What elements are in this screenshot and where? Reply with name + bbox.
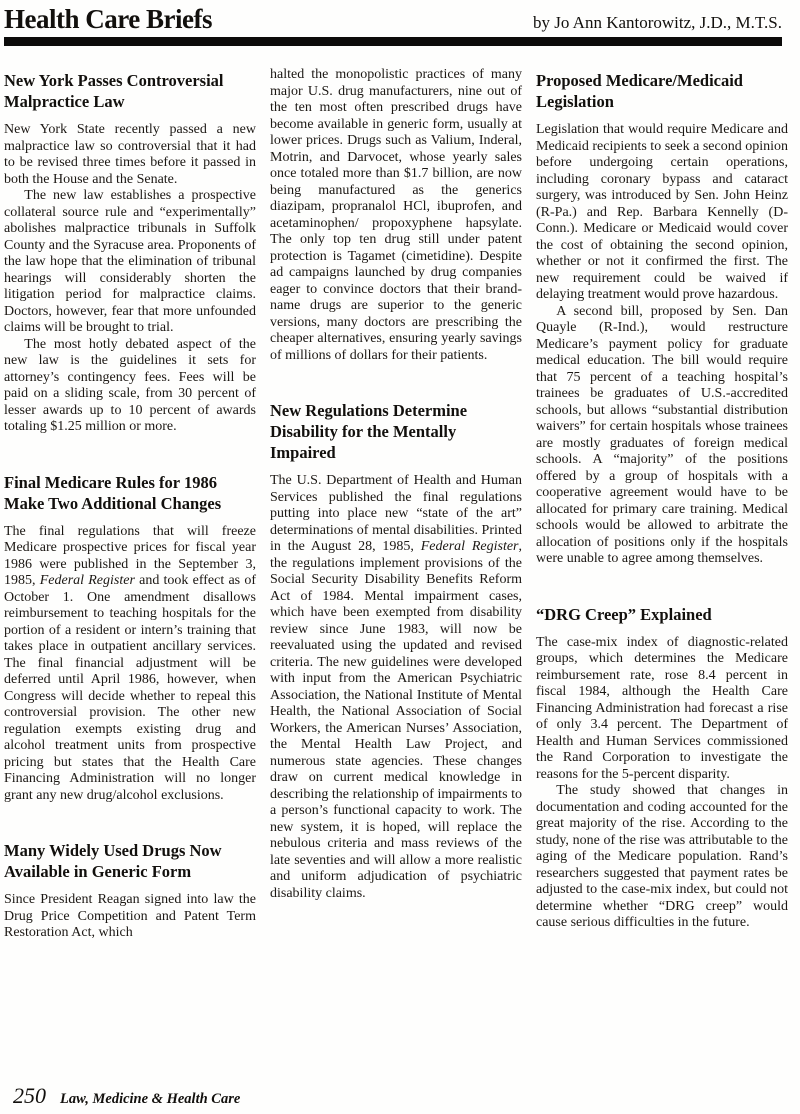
section-heading: “DRG Creep” Explained [536,604,788,625]
header-rule [4,37,782,46]
page-title: Health Care Briefs [4,4,212,34]
column-1: New York Passes Controversial Malpractic… [4,67,256,942]
paragraph: Legislation that would require Medicare … [536,122,788,304]
journal-page: Health Care Briefs by Jo Ann Kantorowitz… [0,0,800,1114]
paragraph: The U.S. Department of Health and Human … [270,473,522,902]
section-heading: Many Widely Used Drugs Now Available in … [4,840,256,882]
paragraph: The new law establishes a prospective co… [4,188,256,337]
journal-title: Law, Medicine & Health Care [60,1091,240,1108]
article-columns: New York Passes Controversial Malpractic… [4,67,788,942]
paragraph: The study showed that changes in documen… [536,783,788,932]
paragraph: The most hotly debated aspect of the new… [4,337,256,436]
section-heading: Proposed Medicare/Medicaid Legislation [536,70,788,112]
masthead: Health Care Briefs by Jo Ann Kantorowitz… [4,4,782,34]
byline: by Jo Ann Kantorowitz, J.D., M.T.S. [533,13,782,33]
paragraph: Since President Reagan signed into law t… [4,892,256,942]
paragraph: halted the monopolistic practices of man… [270,67,522,364]
paragraph: The final regulations that will freeze M… [4,524,256,805]
paragraph: A second bill, proposed by Sen. Dan Quay… [536,304,788,568]
page-number: 250 [13,1085,46,1107]
section-heading: New Regulations Determine Disability for… [270,400,522,463]
section-heading: New York Passes Controversial Malpractic… [4,70,256,112]
column-3: Proposed Medicare/Medicaid LegislationLe… [536,67,788,942]
section-heading: Final Medicare Rules for 1986 Make Two A… [4,472,256,514]
paragraph: New York State recently passed a new mal… [4,122,256,188]
paragraph: The case-mix index of diagnostic-related… [536,635,788,784]
column-2: halted the monopolistic practices of man… [270,67,522,942]
page-footer: 250 Law, Medicine & Health Care [13,1085,240,1108]
